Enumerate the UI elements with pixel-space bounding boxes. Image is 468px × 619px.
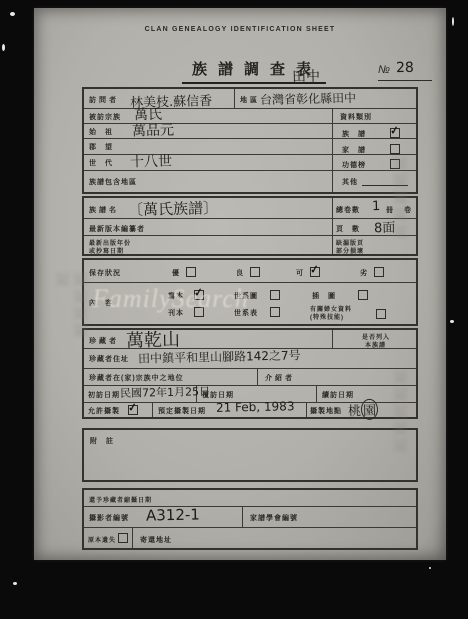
book-title-label: 族譜名 <box>89 205 119 215</box>
coverage-label: 族譜包含地區 <box>89 177 137 187</box>
volumes-label: 總卷數 <box>336 205 360 215</box>
book-title-value: 〔萬氏族譜〕 <box>128 197 218 220</box>
return-address-label: 寄還地址 <box>140 535 172 545</box>
first-ancestor-value: 萬品元 <box>132 120 174 141</box>
table-line <box>257 368 258 385</box>
table-line <box>84 368 416 369</box>
first-ancestor-label: 始祖 <box>89 127 121 137</box>
scheduled-filming-date-label: 預定攝製日期 <box>158 406 206 416</box>
check-mark: ✓ <box>389 123 400 137</box>
pages-label: 頁數 <box>336 224 368 234</box>
table-line <box>84 527 416 528</box>
film-number-handwritten: 28 <box>396 60 414 76</box>
women-data-checkbox <box>376 309 386 319</box>
identification-table: 訪問者 林美枝.蘇信香 地區 台灣省彰化縣田中 被訪宗族 萬氏 始祖 萬品元 郡… <box>82 87 418 194</box>
region-label: 地區 <box>240 95 260 105</box>
table-line <box>152 402 153 417</box>
type-zupu-checkbox: ✓ <box>390 128 400 138</box>
number-underline <box>378 80 432 81</box>
notes-label: 附註 <box>90 436 122 446</box>
introducer-label: 介紹者 <box>265 373 295 383</box>
table-line <box>84 235 416 236</box>
condition-good-label: 良 <box>236 268 243 278</box>
filing-table: 還予珍藏者縮攝日期 攝影者編號 A312-1 家譜學會編號 原本遺失 寄還地址 <box>82 488 418 550</box>
no-prefix: № <box>378 64 390 76</box>
circled-location-char: 園 <box>361 399 378 420</box>
ghost-stamp: 鬮鬮鬮鬮鬮 <box>52 272 88 356</box>
dust-speck <box>429 567 431 569</box>
original-lost-checkbox <box>118 533 128 543</box>
revisit-label: 覆訪日期 <box>202 390 234 400</box>
filming-location-value: 桃園 <box>348 399 378 421</box>
listed-in-genealogy-label-2: 本族譜 <box>365 340 386 349</box>
check-mark: ✓ <box>127 400 138 414</box>
volumes-value: 1 <box>372 199 381 214</box>
copy-date-label: 或抄寫日期 <box>89 246 124 255</box>
type-gongdebang-label: 功德榜 <box>342 160 366 170</box>
region-value: 台灣省彰化縣田中 <box>260 89 356 108</box>
familysearch-watermark: FamilySearch <box>92 284 318 314</box>
area-note-handwritten: 田中 <box>292 66 320 87</box>
interviewer-label: 訪問者 <box>89 95 119 105</box>
type-jiapu-label: 家譜 <box>342 145 374 155</box>
owner-address-value: 田中鎮平和里山腳路142之7号 <box>138 346 301 366</box>
table-line <box>242 506 243 527</box>
table-line <box>332 330 333 348</box>
filming-location-label: 攝製地點 <box>310 406 342 416</box>
photographer-number-value: A312-1 <box>146 505 200 524</box>
condition-poor-label: 劣 <box>360 268 367 278</box>
table-line <box>306 402 307 417</box>
original-lost-label: 原本遺失 <box>88 535 116 544</box>
condition-label: 保存狀況 <box>89 268 121 278</box>
table-line <box>316 385 317 402</box>
dust-speck <box>450 320 454 323</box>
microfilm-frame: CLAN GENEALOGY IDENTIFICATION SHEET 族譜調查… <box>0 0 468 619</box>
english-header: CLAN GENEALOGY IDENTIFICATION SHEET <box>34 26 446 33</box>
condition-excellent-checkbox <box>186 267 196 277</box>
filming-permitted-label: 允許攝製 <box>88 406 120 416</box>
owner-address-label: 珍藏者住址 <box>89 354 129 364</box>
return-to-owner-date-label: 還予珍藏者縮攝日期 <box>89 495 152 504</box>
table-line <box>132 527 133 548</box>
editor-label: 最新版本編纂者 <box>89 224 145 234</box>
condition-fair-checkbox: ✓ <box>310 267 320 277</box>
scheduled-filming-date-value: 21 Feb, 1983 <box>216 399 295 415</box>
book-info-table: 族譜名 〔萬氏族譜〕 總卷數 1 冊 卷 最新版本編纂者 頁數 8面 最新出版年… <box>82 196 418 256</box>
junwang-label: 郡望 <box>89 142 121 152</box>
ghost-stamp: 鬮鬮鬮鬮鬮 <box>390 370 408 458</box>
dust-speck <box>452 17 454 26</box>
illustrations-checkbox <box>358 290 368 300</box>
filming-permitted-checkbox: ✓ <box>128 405 138 415</box>
condition-good-checkbox <box>250 267 260 277</box>
data-type-label: 資料類別 <box>340 112 372 122</box>
clan-label: 被訪宗族 <box>89 112 121 122</box>
ghost-stamp: 鬮鬮鬮鬮鬮 <box>390 156 408 282</box>
photographer-number-label: 攝影者編號 <box>89 513 129 523</box>
dust-speck <box>13 582 17 585</box>
first-visit-label: 初訪日期 <box>88 390 120 400</box>
condition-excellent-label: 優 <box>172 268 179 278</box>
partial-damage-label: 部分損壞 <box>336 246 364 255</box>
location-char: 桃 <box>348 404 361 419</box>
condition-poor-checkbox <box>374 267 384 277</box>
condition-fair-label: 可 <box>296 268 303 278</box>
table-line <box>332 108 333 192</box>
type-other-label: 其他 <box>342 177 358 187</box>
clan-position-label: 珍藏者在(家)宗族中之地位 <box>89 373 184 383</box>
table-line <box>234 89 235 108</box>
table-line <box>332 198 333 254</box>
notes-box: 附註 <box>82 428 418 482</box>
society-number-label: 家譜學會編號 <box>250 513 298 523</box>
form-page: CLAN GENEALOGY IDENTIFICATION SHEET 族譜調查… <box>34 8 446 560</box>
first-visit-value: 民國72年1月25日 <box>120 383 210 401</box>
owner-table: 珍藏者 萬乾山 是否列入 本族譜 珍藏者住址 田中鎮平和里山腳路142之7号 珍… <box>82 328 418 419</box>
table-line <box>84 506 416 507</box>
type-jiapu-checkbox <box>390 144 400 154</box>
type-zupu-label: 族譜 <box>342 129 374 139</box>
generations-label: 世代 <box>89 158 121 168</box>
dust-speck <box>10 12 15 16</box>
check-mark: ✓ <box>309 262 320 276</box>
table-line <box>84 282 416 283</box>
owner-label: 珍藏者 <box>89 336 119 346</box>
generations-value: 十八世 <box>130 151 172 172</box>
dust-speck <box>2 44 5 51</box>
